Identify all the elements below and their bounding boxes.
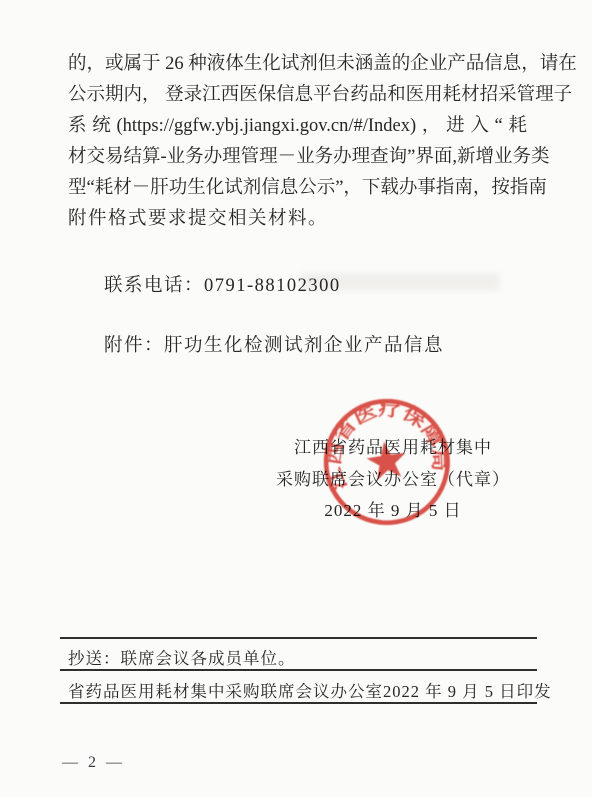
svg-text:江西省医疗保障局: 江西省医疗保障局 [314,388,454,494]
contact-phone-line: 联系电话：0791-88102300 [104,271,341,297]
issuer-row: 省药品医用耗材集中采购联席会议办公室 2022 年 9 月 5 日印发 [68,678,527,702]
seal-star-icon [365,439,409,481]
footer-divider-middle [60,669,537,671]
body-line: 型“耗材－肝功生化试剂信息公示”，下载办事指南，按指南 [68,173,527,204]
seal-arc-text: 江西省医疗保障局 [314,388,454,494]
body-line: 附件格式要求提交相关材料。 [68,204,527,235]
body-line: 系统(https://ggfw.ybj.jiangxi.gov.cn/#/Ind… [68,111,527,142]
page-number: — 2 — [62,754,125,772]
issuer-office: 省药品医用耗材集中采购联席会议办公室 [68,678,383,702]
body-line: 材交易结算-业务办理管理－业务办理查询”界面,新增业务类 [68,142,527,173]
footer-divider-top [60,637,537,639]
print-date: 2022 年 9 月 5 日印发 [383,678,552,702]
cc-line: 抄送：联席会议各成员单位。 [68,645,296,669]
body-paragraph: 的，或属于 26 种液体生化试剂但未涵盖的企业产品信息，请在 公示期内， 登录江… [68,49,527,235]
body-line: 的，或属于 26 种液体生化试剂但未涵盖的企业产品信息，请在 [68,49,527,80]
attachment-line: 附件：肝功生化检测试剂企业产品信息 [104,331,444,357]
scanned-document-page: 的，或属于 26 种液体生化试剂但未涵盖的企业产品信息，请在 公示期内， 登录江… [0,0,592,797]
footer-divider-bottom [60,702,537,704]
official-red-seal-icon: 江西省医疗保障局 [309,387,464,539]
body-line: 公示期内， 登录江西医保信息平台药品和医用耗材招采管理子 [68,80,527,111]
